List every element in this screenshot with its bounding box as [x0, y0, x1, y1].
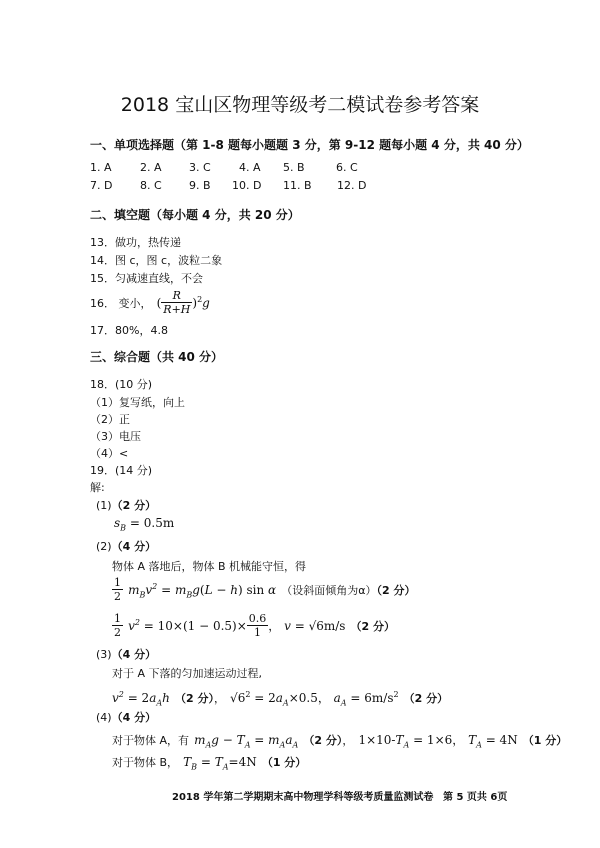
answer-1: 1. A — [90, 161, 112, 174]
answer-12: 12. D — [337, 179, 366, 192]
answer-10: 10. D — [232, 179, 261, 192]
answer-15: 15．匀减速直线，不会 — [90, 270, 203, 286]
answer-7: 7. D — [90, 179, 112, 192]
footer-title: 2018 学年第二学期期末高中物理学科等级考质量监测试卷 — [172, 788, 433, 803]
q19-p4-line1: 对于物体 A，有 mAg − TA = mAaA （2 分）， 1×10-TA … — [112, 729, 567, 749]
answer-16-text: 16． 变小， — [90, 297, 152, 310]
q19-p2: (2)（4 分） — [96, 538, 156, 554]
q18-label: 18．(10 分) — [90, 376, 152, 392]
q19-p4: (4)（4 分） — [96, 709, 156, 725]
q19-p3-eq: v2 = 2aAh （2 分）， √62 = 2aA×0.5， aA = 6m/… — [112, 687, 448, 707]
section2-heading: 二、填空题（每小题 4 分，共 20 分） — [90, 206, 300, 223]
page-number: 第 5 页共 6页 — [443, 788, 507, 803]
q19-p3: (3)（4 分） — [96, 646, 156, 662]
answer-9: 9. B — [189, 179, 211, 192]
page-title: 2018 宝山区物理等级考二模试卷参考答案 — [0, 90, 600, 117]
q19-solve: 解: — [90, 479, 105, 495]
answer-16: 16． 变小， (RR+H)2g — [90, 289, 210, 316]
section3-heading: 三、综合题（共 40 分） — [90, 348, 223, 365]
q19-label: 19．(14 分) — [90, 462, 152, 478]
answer-5: 5. B — [283, 161, 305, 174]
answer-6: 6. C — [336, 161, 358, 174]
q19-p4-line2: 对于物体 B， TB = TA=4N （1 分） — [112, 751, 306, 771]
answer-13: 13．做功，热传递 — [90, 234, 181, 250]
q19-p1: (1)（2 分） — [96, 497, 156, 513]
q18-part-1: （1）复写纸，向上 — [90, 394, 185, 410]
q19-p2-desc: 物体 A 落地后，物体 B 机械能守恒，得 — [112, 558, 306, 574]
q19-p3-desc: 对于 A 下落的匀加速运动过程, — [112, 665, 262, 681]
answer-16-fraction: RR+H — [161, 289, 192, 316]
answer-3: 3. C — [189, 161, 211, 174]
answer-11: 11. B — [283, 179, 312, 192]
q18-part-2: （2）正 — [90, 411, 130, 427]
section1-heading: 一、单项选择题（第 1-8 题每小题题 3 分，第 9-12 题每小题 4 分，… — [90, 136, 529, 153]
q19-p2-eq2: 12 v2 = 10×(1 − 0.5)×0.61， v = √6m/s （2 … — [112, 612, 395, 639]
q18-part-3: （3）电压 — [90, 428, 141, 444]
answer-2: 2. A — [140, 161, 162, 174]
q19-p2-eq1: 12 mBv2 = mBg(L − h) sin α （设斜面倾角为α）（2 分… — [112, 576, 415, 603]
answer-14: 14．图 c，图 c，波粒二象 — [90, 252, 222, 268]
answer-8: 8. C — [140, 179, 162, 192]
answer-17: 17．80%，4.8 — [90, 322, 168, 338]
q19-p1-equation: sB = 0.5m — [114, 516, 174, 532]
q18-part-4: （4）< — [90, 445, 128, 461]
answer-4: 4. A — [239, 161, 261, 174]
